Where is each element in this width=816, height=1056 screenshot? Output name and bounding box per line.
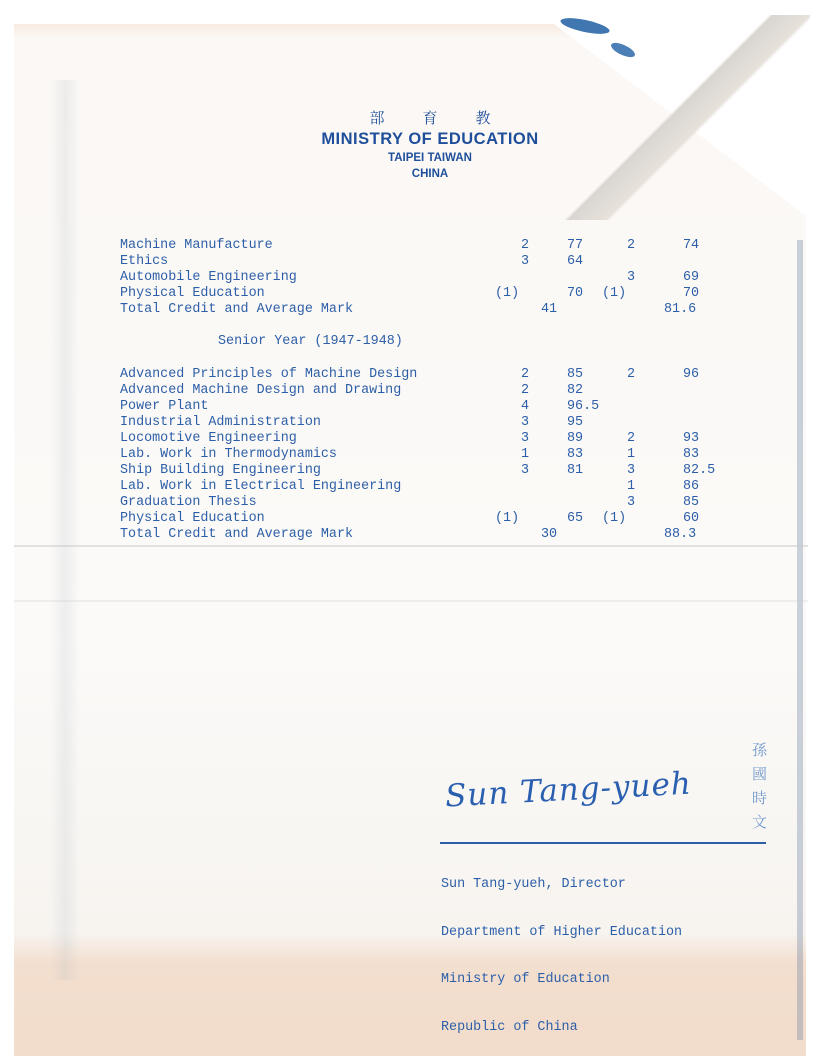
total-credit: 41 (541, 302, 557, 318)
table-row: Advanced Machine Design and Drawing 2 82 (120, 383, 740, 399)
course-name: Power Plant (120, 399, 208, 415)
mark-term1: 70 (567, 286, 607, 302)
letterhead-chinese: 部育教 (280, 107, 580, 128)
credit-term2: 3 (621, 463, 641, 479)
signature-block: Sun Tang-yueh, Director Department of Hi… (441, 845, 682, 1051)
mark-term1: 65 (567, 511, 607, 527)
mark-term1: 77 (567, 238, 607, 254)
mark-term2: 85 (683, 495, 723, 511)
course-name: Ship Building Engineering (120, 463, 321, 479)
credit-term2: 2 (621, 367, 641, 383)
credit-term2: 2 (621, 431, 641, 447)
mark-term1: 96.5 (567, 399, 607, 415)
average-mark: 81.6 (664, 302, 696, 318)
total-label: Total Credit and Average Mark (120, 527, 353, 543)
credit-term1: 2 (515, 367, 535, 383)
mark-term1: 64 (567, 254, 607, 270)
mark-term2: 82.5 (683, 463, 723, 479)
signer-country: Republic of China (441, 1020, 682, 1036)
credit-term1: 2 (515, 238, 535, 254)
table-row: Physical Education (1) 65 (1) 60 (120, 511, 740, 527)
mark-term2: 96 (683, 367, 723, 383)
table-row: Lab. Work in Electrical Engineering 1 86 (120, 479, 740, 495)
course-name: Machine Manufacture (120, 238, 273, 254)
credit-term1: 3 (515, 254, 535, 270)
course-name: Lab. Work in Electrical Engineering (120, 479, 401, 495)
course-name: Graduation Thesis (120, 495, 257, 511)
table-row: Lab. Work in Thermodynamics 1 83 1 83 (120, 447, 740, 463)
table-row: Power Plant 4 96.5 (120, 399, 740, 415)
credit-term2: 1 (621, 447, 641, 463)
course-name: Physical Education (120, 511, 265, 527)
letterhead-title: MINISTRY OF EDUCATION (280, 130, 580, 149)
mark-term1: 81 (567, 463, 607, 479)
table-row: Graduation Thesis 3 85 (120, 495, 740, 511)
credit-term1: 3 (515, 415, 535, 431)
credit-term2: 3 (621, 495, 641, 511)
total-row: Total Credit and Average Mark 30 88.3 (120, 527, 740, 543)
mark-term2: 83 (683, 447, 723, 463)
letterhead-country: CHINA (280, 168, 580, 180)
credit-term2: 3 (621, 270, 641, 286)
mark-term2: 60 (683, 511, 723, 527)
credit-term1: 4 (515, 399, 535, 415)
table-row: Physical Education (1) 70 (1) 70 (120, 286, 740, 302)
credit-term1: (1) (495, 286, 519, 302)
table-row: Locomotive Engineering 3 89 2 93 (120, 431, 740, 447)
mark-term1: 85 (567, 367, 607, 383)
letterhead-city: TAIPEI TAIWAN (280, 152, 580, 164)
table-row: Machine Manufacture 2 77 2 74 (120, 238, 740, 254)
table-row: Ship Building Engineering 3 81 3 82.5 (120, 463, 740, 479)
table-row: Industrial Administration 3 95 (120, 415, 740, 431)
course-name: Ethics (120, 254, 168, 270)
total-credit: 30 (541, 527, 557, 543)
course-name: Physical Education (120, 286, 265, 302)
senior-year-heading: Senior Year (1947-1948) (218, 334, 403, 350)
signer-ministry: Ministry of Education (441, 972, 682, 988)
course-name: Advanced Principles of Machine Design (120, 367, 417, 383)
mark-term1: 89 (567, 431, 607, 447)
mark-term1: 83 (567, 447, 607, 463)
mark-term2: 74 (683, 238, 723, 254)
table-row: Automobile Engineering 3 69 (120, 270, 740, 286)
paper-edge-shadow (797, 240, 803, 1040)
credit-term1: (1) (495, 511, 519, 527)
course-name: Lab. Work in Thermodynamics (120, 447, 337, 463)
credit-term1: 3 (515, 463, 535, 479)
signer-department: Department of Higher Education (441, 925, 682, 941)
table-row: Ethics 3 64 (120, 254, 740, 270)
mark-term2: 86 (683, 479, 723, 495)
course-name: Industrial Administration (120, 415, 321, 431)
mark-term2: 70 (683, 286, 723, 302)
signature-line (440, 842, 766, 844)
letterhead: 部育教 MINISTRY OF EDUCATION TAIPEI TAIWAN … (280, 107, 580, 180)
course-name: Automobile Engineering (120, 270, 297, 286)
mark-term1: 82 (567, 383, 607, 399)
credit-term1: 2 (515, 383, 535, 399)
credit-term2: 1 (621, 479, 641, 495)
course-name: Locomotive Engineering (120, 431, 297, 447)
mark-term2: 69 (683, 270, 723, 286)
total-row: Total Credit and Average Mark 41 81.6 (120, 302, 740, 318)
credit-term2: (1) (602, 511, 626, 527)
credit-term2: (1) (602, 286, 626, 302)
mark-term1: 95 (567, 415, 607, 431)
total-label: Total Credit and Average Mark (120, 302, 353, 318)
paper-shadow (50, 80, 80, 980)
credit-term2: 2 (621, 238, 641, 254)
chinese-seal-stamp: 孫國時文 (752, 738, 776, 834)
mark-term2: 93 (683, 431, 723, 447)
course-name: Advanced Machine Design and Drawing (120, 383, 401, 399)
average-mark: 88.3 (664, 527, 696, 543)
credit-term1: 3 (515, 431, 535, 447)
table-row: Advanced Principles of Machine Design 2 … (120, 367, 740, 383)
signer-name-title: Sun Tang-yueh, Director (441, 877, 682, 893)
credit-term1: 1 (515, 447, 535, 463)
